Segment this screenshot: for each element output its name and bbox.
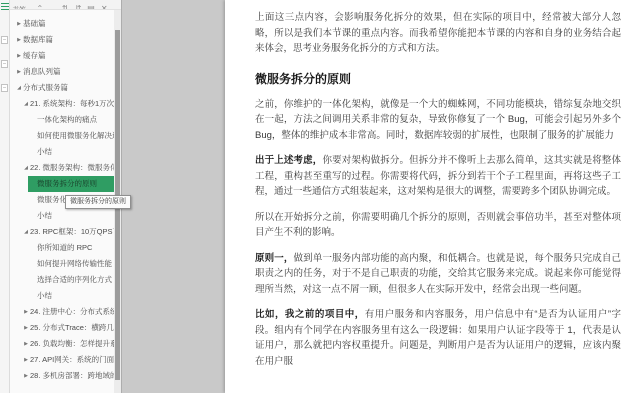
- toc-item-label: 23. RPC框架：10万QPS下如…: [30, 227, 114, 236]
- toc-item[interactable]: ▶27. API网关：系统的门面要如…: [10, 352, 114, 368]
- toc-item[interactable]: 小结: [10, 144, 114, 160]
- chevron-right-icon[interactable]: ▶: [22, 304, 30, 320]
- toc-item-label: 27. API网关：系统的门面要如…: [30, 355, 114, 364]
- toc-item-label: 22. 微服务架构：微服务化后…: [30, 163, 114, 172]
- toc-item-label: 微服务拆分的原则: [37, 179, 97, 188]
- toc-item[interactable]: ▶数据库篇: [10, 32, 114, 48]
- tooltip: 微服务拆分的原则: [65, 195, 131, 209]
- toc-item-label: 分布式服务篇: [23, 83, 68, 92]
- chevron-expanded-icon[interactable]: ◢: [22, 96, 30, 112]
- toc-item-label: 数据库篇: [23, 35, 53, 44]
- chevron-expanded-icon[interactable]: ◢: [15, 80, 23, 96]
- toc-item[interactable]: 小结: [10, 208, 114, 224]
- chevron-right-icon[interactable]: ▶: [22, 320, 30, 336]
- toc-item-label: 选择合适的序列化方式: [37, 275, 112, 284]
- chevron-expanded-icon[interactable]: ◢: [22, 224, 30, 240]
- page-icon[interactable]: [1, 60, 8, 68]
- paragraph-lead: 原则一，: [255, 253, 294, 264]
- toc-item-label: 21. 系统架构：每秒1万次请求…: [30, 99, 114, 108]
- toc-item[interactable]: 选择合适的序列化方式: [10, 272, 114, 288]
- toc-item[interactable]: 小结: [10, 288, 114, 304]
- toc-item-label: 你所知道的 RPC: [37, 243, 92, 252]
- toc-item[interactable]: ◢21. 系统架构：每秒1万次请求…: [10, 96, 114, 112]
- document-page: 上面这三点内容，会影响服务化拆分的效果，但在实际的项目中，经常被大部分人忽略，所…: [225, 0, 640, 393]
- side-rail: [0, 0, 10, 393]
- toc-item[interactable]: ▶25. 分布式Trace：横跨几十个…: [10, 320, 114, 336]
- page-icon[interactable]: [1, 36, 8, 44]
- toc-item-label: 如何使用微服务化解决这些…: [37, 131, 114, 140]
- toc-item[interactable]: 你所知道的 RPC: [10, 240, 114, 256]
- chevron-right-icon[interactable]: ▶: [22, 368, 30, 384]
- toc-item-label: 一体化架构的痛点: [37, 115, 97, 124]
- chevron-right-icon[interactable]: ▶: [15, 32, 23, 48]
- toc-item[interactable]: 如何使用微服务化解决这些…: [10, 128, 114, 144]
- toc-item[interactable]: 如何提升网络传输性能: [10, 256, 114, 272]
- chevron-right-icon[interactable]: ▶: [15, 16, 23, 32]
- paragraph: 所以在开始拆分之前，你需要明确几个拆分的原则，否则就会事倍功半，甚至对整体项目产…: [255, 210, 621, 241]
- toc-item[interactable]: ◢22. 微服务架构：微服务化后…: [10, 160, 114, 176]
- toc-item[interactable]: ▶24. 注册中心：分布式系统如…: [10, 304, 114, 320]
- toc-item-label: 26. 负载均衡：怎样提升系统…: [30, 339, 114, 348]
- document-content: 上面这三点内容，会影响服务化拆分的效果，但在实际的项目中，经常被大部分人忽略，所…: [225, 0, 640, 369]
- toc-item-label: 小结: [37, 147, 52, 156]
- paragraph: 上面这三点内容，会影响服务化拆分的效果，但在实际的项目中，经常被大部分人忽略，所…: [255, 10, 621, 57]
- toc-panel: 书签 ⌃⌄⇅⇵▤✕ ▶基础篇▶数据库篇▶缓存篇▶消息队列篇◢分布式服务篇◢21.…: [10, 0, 122, 393]
- paragraph: 之前，你维护的一体化架构，就像是一个大的蜘蛛网，不同功能模块，错综复杂地交织在一…: [255, 97, 621, 144]
- toc-item[interactable]: ▶缓存篇: [10, 48, 114, 64]
- document-viewer: 上面这三点内容，会影响服务化拆分的效果，但在实际的项目中，经常被大部分人忽略，所…: [122, 0, 640, 393]
- menu-icon[interactable]: [1, 1, 9, 8]
- toc-item[interactable]: ◢分布式服务篇: [10, 80, 114, 96]
- toc-item-label: 25. 分布式Trace：横跨几十个…: [30, 323, 114, 332]
- toc-item-label: 消息队列篇: [23, 67, 61, 76]
- chevron-expanded-icon[interactable]: ◢: [22, 160, 30, 176]
- toc-item[interactable]: ◢23. RPC框架：10万QPS下如…: [10, 224, 114, 240]
- toc-item[interactable]: ▶消息队列篇: [10, 64, 114, 80]
- paragraph: 出于上述考虑，你要对架构做拆分。但拆分并不像听上去那么简单，这其实就是将整体工程…: [255, 153, 621, 200]
- toc-item[interactable]: 一体化架构的痛点: [10, 112, 114, 128]
- toc-item-label: 如何提升网络传输性能: [37, 259, 112, 268]
- paragraph-lead: 出于上述考虑，: [255, 155, 322, 166]
- toc-item[interactable]: ▶基础篇: [10, 16, 114, 32]
- toc-item-label: 基础篇: [23, 19, 46, 28]
- paragraph-lead: 比如，我之前的项目中，: [255, 309, 365, 320]
- chevron-right-icon[interactable]: ▶: [22, 336, 30, 352]
- toolbar-icons: ⌃⌄⇅⇵▤✕: [30, 0, 107, 10]
- toc-item-label: 28. 多机房部署：跨地域的分…: [30, 371, 114, 380]
- toc-item[interactable]: ▶26. 负载均衡：怎样提升系统…: [10, 336, 114, 352]
- section-heading: 微服务拆分的原则: [255, 71, 621, 88]
- toc-item-label: 缓存篇: [23, 51, 46, 60]
- sidebar-toolbar: 书签 ⌃⌄⇅⇵▤✕: [10, 0, 121, 10]
- toc-item[interactable]: ▶28. 多机房部署：跨地域的分…: [10, 368, 114, 384]
- page-icon[interactable]: [1, 84, 8, 92]
- toc-item-label: 小结: [37, 291, 52, 300]
- paragraph: 原则一，做到单一服务内部功能的高内聚，和低耦合。也就是说，每个服务只完成自己职责…: [255, 251, 621, 298]
- chevron-right-icon[interactable]: ▶: [15, 48, 23, 64]
- paragraph: 比如，我之前的项目中，有用户服务和内容服务，用户信息中有“是否为认证用户”字段。…: [255, 307, 621, 369]
- chevron-right-icon[interactable]: ▶: [15, 64, 23, 80]
- toc-item-selected[interactable]: 微服务拆分的原则: [28, 176, 114, 192]
- toc-item-label: 小结: [37, 211, 52, 220]
- toc-item-label: 24. 注册中心：分布式系统如…: [30, 307, 114, 316]
- chevron-right-icon[interactable]: ▶: [22, 352, 30, 368]
